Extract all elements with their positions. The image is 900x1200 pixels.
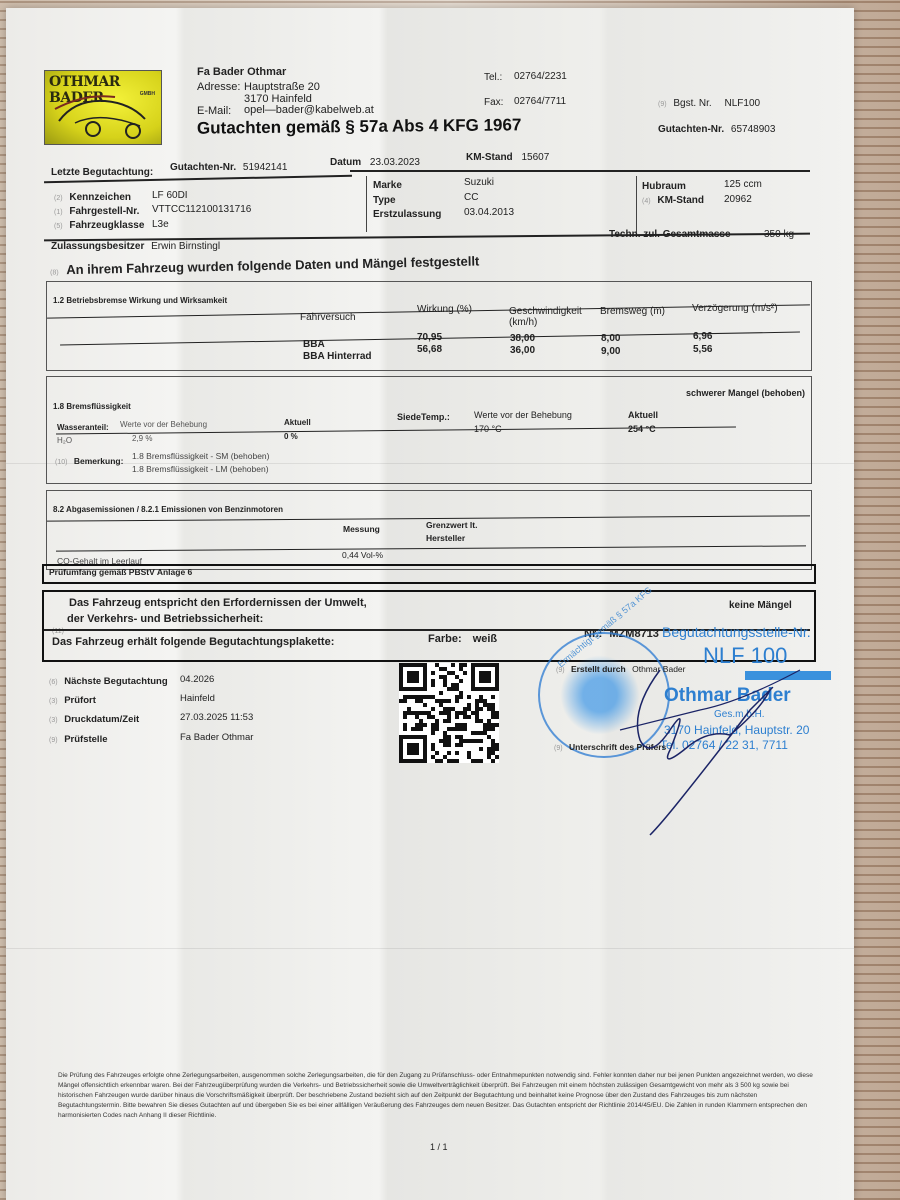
type-value: CC <box>464 192 478 203</box>
email-label: E-Mail: <box>197 105 231 117</box>
marke-value: Suzuki <box>464 177 494 188</box>
gutachten-nr-label: Gutachten-Nr. <box>658 124 724 135</box>
type-label: Type <box>373 195 396 206</box>
print-code: (3) <box>49 717 58 724</box>
besitzer-value: Erwin Birnstingl <box>151 241 220 252</box>
brake-header-wirkung: Wirkung (%) <box>417 304 472 315</box>
water-current-label: Aktuell <box>284 418 311 427</box>
station-label: Prüfstelle <box>64 734 107 745</box>
conformity-line-1: Das Fahrzeug entspricht den Erforderniss… <box>69 597 367 609</box>
tel-value: 02764/2231 <box>514 71 567 82</box>
created-code: (9) <box>556 667 565 674</box>
last-nr-label: Gutachten-Nr. <box>170 162 236 173</box>
color-value: weiß <box>473 633 497 645</box>
klasse-label: Fahrzeugklasse <box>69 220 144 231</box>
color-label: Farbe: <box>428 633 462 645</box>
brake-row-geschw: 38,00 <box>510 333 535 344</box>
klasse-value: L3e <box>152 219 169 230</box>
marke-label: Marke <box>373 180 402 191</box>
last-km-label: KM-Stand <box>466 152 513 163</box>
last-km: 15607 <box>521 152 549 163</box>
bgst-value: NLF100 <box>724 98 760 109</box>
brake-row-name: BBA <box>303 339 325 350</box>
station-code: (9) <box>49 737 58 744</box>
company-logo: OTHMAR BADER GMBH <box>44 70 162 145</box>
brake-header-bremsweg: Bremsweg (m) <box>600 306 665 317</box>
stamp-station-label: Begutachtungsstelle-Nr. <box>662 624 811 640</box>
remark-code: (10) <box>55 459 67 466</box>
bgst-code: (9) <box>658 101 667 108</box>
last-date: 23.03.2023 <box>370 157 420 168</box>
fax-label: Fax: <box>484 97 503 108</box>
km-value: 20962 <box>724 194 752 205</box>
boil-current-label: Aktuell <box>628 410 658 420</box>
place-code: (3) <box>49 698 58 705</box>
emissions-limit-label-2: Hersteller <box>426 533 465 543</box>
emissions-title: 8.2 Abgasemissionen / 8.2.1 Emissionen v… <box>53 505 283 514</box>
divider <box>366 176 367 232</box>
boil-current-value: 254 °C <box>628 424 656 434</box>
hubraum-label: Hubraum <box>642 181 686 192</box>
address-label: Adresse: <box>197 81 240 93</box>
conformity-line-2: der Verkehrs- und Betriebssicherheit: <box>67 613 263 625</box>
fahrgestell-value: VTTCC112100131716 <box>152 204 251 215</box>
boil-before-label: Werte vor der Behebung <box>474 410 572 420</box>
brake-header-fahrversuch: Fahrversuch <box>300 312 356 323</box>
hubraum-value: 125 ccm <box>724 179 762 190</box>
km-code: (4) <box>642 198 651 205</box>
brake-section <box>46 281 812 371</box>
paper-fold <box>6 948 854 949</box>
brake-row-geschw: 36,00 <box>510 345 535 356</box>
brake-row-wirkung: 70,95 <box>417 332 442 343</box>
kennzeichen-value: LF 60DI <box>152 190 188 201</box>
fax-value: 02764/7711 <box>514 96 566 107</box>
fahrgestell-label: Fahrgestell-Nr. <box>69 206 139 217</box>
fluid-severity: schwerer Mangel (behoben) <box>686 388 805 398</box>
brake-title: 1.2 Betriebsbremse Wirkung und Wirksamke… <box>53 296 227 305</box>
print-value: 27.03.2025 11:53 <box>180 712 253 723</box>
masse-value: 350 kg <box>764 229 794 240</box>
brake-row-bremsweg: 8,00 <box>601 333 620 344</box>
brake-row-verz: 5,56 <box>693 344 712 355</box>
kennzeichen-label: Kennzeichen <box>69 192 131 203</box>
brake-row-name: BBA Hinterrad <box>303 351 372 362</box>
tel-label: Tel.: <box>484 72 502 83</box>
signature-icon <box>600 650 820 840</box>
erstzulassung-label: Erstzulassung <box>373 209 441 220</box>
last-nr: 51942141 <box>243 162 288 173</box>
bgst-label: Bgst. Nr. <box>673 98 711 109</box>
emissions-section <box>46 490 812 570</box>
place-value: Hainfeld <box>180 693 215 704</box>
boil-label: SiedeTemp.: <box>397 412 450 422</box>
remark-label: Bemerkung: <box>74 456 124 466</box>
signature-code: (9) <box>554 745 563 752</box>
erstzulassung-value: 03.04.2013 <box>464 207 514 218</box>
brake-row-bremsweg: 9,00 <box>601 346 620 357</box>
emissions-measure-label: Messung <box>343 524 380 534</box>
qr-code-icon <box>399 663 499 763</box>
disclaimer-text: Die Prüfung des Fahrzeuges erfolgte ohne… <box>58 1071 818 1121</box>
conformity-value: keine Mängel <box>729 600 792 611</box>
km-label: KM-Stand <box>657 195 704 206</box>
water-current-value: 0 % <box>284 432 298 441</box>
print-label: Druckdatum/Zeit <box>64 714 139 725</box>
last-date-label: Datum <box>330 157 361 168</box>
divider <box>350 170 810 172</box>
brake-row-wirkung: 56,68 <box>417 344 442 355</box>
h2o-label: H₂O <box>57 436 72 445</box>
boil-before-value: 170 °C <box>474 424 502 434</box>
last-inspection-label: Letzte Begutachtung: <box>51 167 153 178</box>
klasse-code: (5) <box>54 223 63 230</box>
company-name: Fa Bader Othmar <box>197 66 286 78</box>
brake-header-geschwindigkeit: Geschwindigkeit (km/h) <box>509 306 599 328</box>
kennzeichen-code: (2) <box>54 195 63 202</box>
fluid-title: 1.8 Bremsflüssigkeit <box>53 402 131 411</box>
emissions-row-value: 0,44 Vol-% <box>342 550 383 560</box>
scope-text: Prüfumfang gemäß PBStV Anlage 6 <box>49 567 192 577</box>
emissions-limit-label-1: Grenzwert lt. <box>426 520 477 530</box>
page-number: 1 / 1 <box>430 1142 448 1152</box>
brake-header-verzoegerung: Verzögerung (m/s²) <box>692 303 778 314</box>
masse-label: Techn. zul. Gesamtmasse <box>609 229 731 240</box>
brake-row-verz: 6,96 <box>693 331 712 342</box>
water-before-value: 2,9 % <box>132 434 152 443</box>
document-title: Gutachten gemäß § 57a Abs 4 KFG 1967 <box>197 115 522 138</box>
gutachten-nr: 65748903 <box>731 124 776 135</box>
findings-code: (8) <box>50 269 59 276</box>
address-line1: Hauptstraße 20 <box>244 81 320 93</box>
email-value: opel—bader@kabelweb.at <box>244 104 374 116</box>
besitzer-label: Zulassungsbesitzer <box>51 241 144 252</box>
place-label: Prüfort <box>64 695 96 706</box>
next-label: Nächste Begutachtung <box>64 676 167 687</box>
next-code: (6) <box>49 679 58 686</box>
plakette-label: Das Fahrzeug erhält folgende Begutachtun… <box>52 636 334 648</box>
water-before-label: Werte vor der Behebung <box>120 420 207 429</box>
remark-line-2: 1.8 Bremsflüssigkeit - LM (behoben) <box>132 464 269 474</box>
divider <box>636 176 637 232</box>
station-value: Fa Bader Othmar <box>180 732 253 743</box>
car-logo-icon <box>45 71 161 144</box>
next-value: 04.2026 <box>180 674 214 685</box>
remark-line-1: 1.8 Bremsflüssigkeit - SM (behoben) <box>132 451 269 461</box>
fahrgestell-code: (1) <box>54 209 63 216</box>
qr-code[interactable] <box>399 663 499 763</box>
water-label: Wasseranteil: <box>57 423 109 432</box>
